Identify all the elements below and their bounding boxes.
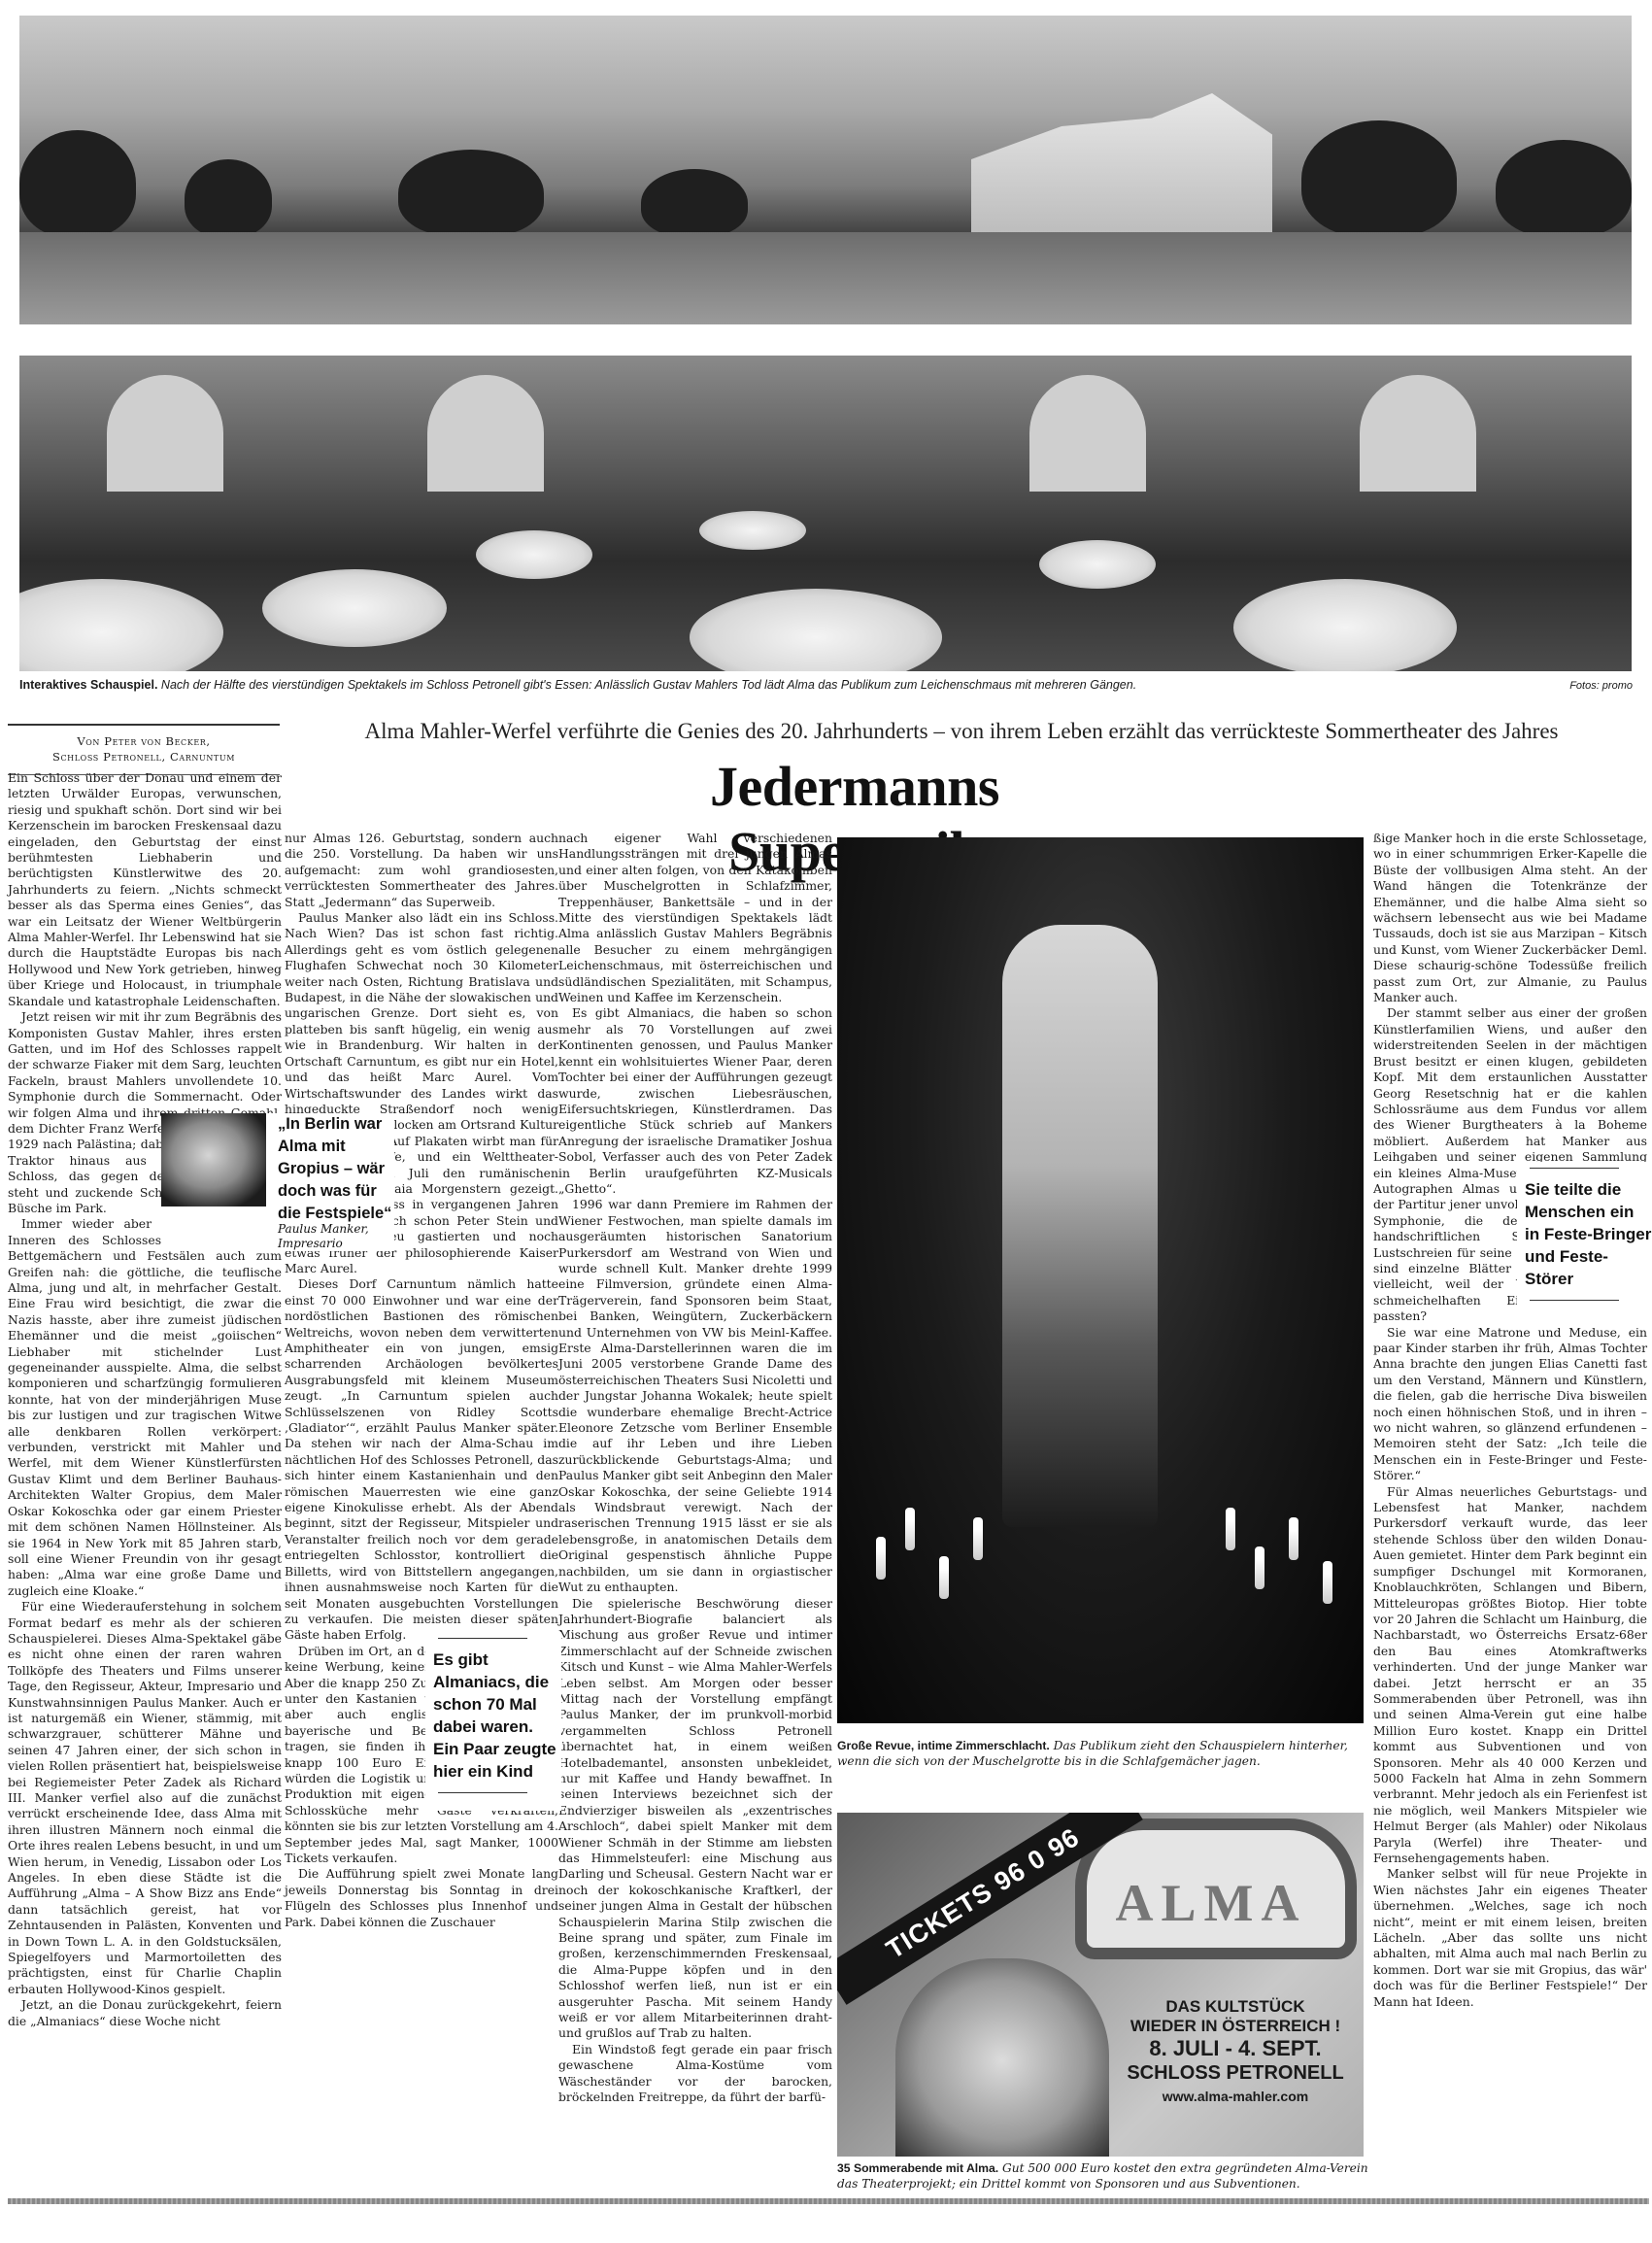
tree-shape: [19, 130, 136, 237]
banquet-hall-panorama-photo: [19, 356, 1632, 671]
byline-author: Von Peter von Becker,: [8, 733, 280, 749]
paragraph: Die Aufführung spielt zwei Monate lang j…: [285, 1866, 558, 1930]
ad-portrait-photo: [895, 1958, 1109, 2157]
paragraph: Dieses Dorf Carnuntum nämlich hatte eins…: [285, 1276, 558, 1643]
dining-table: [19, 579, 223, 671]
paragraph: nach eigener Wahl verschiedenen Handlung…: [558, 831, 832, 1005]
tree-shape: [1496, 140, 1632, 237]
byline-location: Schloss Petronell, Carnuntum: [8, 749, 280, 765]
paragraph: Manker selbst will für neue Projekte in …: [1373, 1866, 1647, 2010]
caption-lead: 35 Sommerabende mit Alma.: [837, 2161, 998, 2175]
pull-quote-feste: Sie teilte die Menschen ein in Feste-Bri…: [1517, 1162, 1652, 1318]
paragraph: Für eine Wiederauferstehung in solchem F…: [8, 1599, 282, 1997]
photo-caption: Interaktives Schauspiel. Nach der Hälfte…: [19, 678, 1632, 696]
ad-copy: DAS KULTSTÜCK WIEDER IN ÖSTERREICH ! 8. …: [1119, 1997, 1352, 2106]
arch-shape: [427, 375, 544, 492]
tree-shape: [398, 150, 544, 237]
ad-url-link[interactable]: www.alma-mahler.com: [1119, 2087, 1352, 2106]
performer-figure: [1002, 925, 1158, 1527]
article-column-3: nach eigener Wahl verschiedenen Handlung…: [558, 831, 832, 2106]
portrait-photo-paulus-manker: [161, 1113, 266, 1206]
arch-shape: [1360, 375, 1476, 492]
castle-panorama-photo: [19, 16, 1632, 324]
candle: [973, 1517, 983, 1560]
ad-title: ALMA: [1109, 1873, 1313, 1933]
paragraph: Jetzt, an die Donau zurückgekehrt, feier…: [8, 1997, 282, 2029]
pull-quote-text: „In Berlin war Alma mit Gropius – wär do…: [278, 1113, 399, 1225]
candle: [1289, 1517, 1298, 1560]
ad-dates: 8. JULI - 4. SEPT.: [1119, 2036, 1352, 2061]
tree-shape: [1301, 120, 1457, 237]
revue-performer-photo: [837, 837, 1364, 1723]
pull-quote-attribution: Paulus Manker, Impresario: [278, 1222, 369, 1251]
candle: [1323, 1561, 1332, 1604]
paragraph: Sie war eine Matrone und Meduse, ein paa…: [1373, 1325, 1647, 1484]
divider: [438, 1638, 527, 1639]
ad-venue: SCHLOSS PETRONELL: [1119, 2061, 1352, 2085]
dining-table: [262, 569, 447, 647]
pull-quote-text: Es gibt Almaniacs, die schon 70 Mal dabe…: [433, 1648, 561, 1783]
revue-photo-caption: Große Revue, intime Zimmerschlacht. Das …: [837, 1738, 1381, 1769]
candle: [1226, 1508, 1235, 1550]
paragraph: Ein Windstoß fegt gerade ein paar frisch…: [558, 2042, 832, 2106]
arch-shape: [107, 375, 223, 492]
arch-shape: [1029, 375, 1146, 492]
dining-table: [1233, 579, 1457, 671]
paragraph: Immer wieder aber haben wir sie im Inner…: [8, 1216, 282, 1599]
ad-line-2: WIEDER IN ÖSTERREICH !: [1119, 2017, 1352, 2036]
divider: [1530, 1300, 1619, 1301]
pull-quote-manker: „In Berlin war Alma mit Gropius – wär do…: [161, 1113, 394, 1251]
dining-table: [690, 589, 942, 671]
ad-caption: 35 Sommerabende mit Alma. Gut 500 000 Eu…: [837, 2160, 1381, 2192]
article-kicker: Alma Mahler-Werfel verführte die Genies …: [291, 719, 1632, 744]
candle: [939, 1556, 949, 1599]
divider: [438, 1792, 527, 1793]
byline: Von Peter von Becker, Schloss Petronell,…: [8, 724, 280, 775]
lawn: [19, 232, 1632, 324]
caption-lead: Interaktives Schauspiel.: [19, 678, 157, 692]
paragraph: 1996 war dann Premiere im Rahmen der Wie…: [558, 1197, 832, 1595]
alma-advertisement: ALMA TICKETS 96 0 96 DAS KULTSTÜCK WIEDE…: [837, 1813, 1364, 2157]
paragraph: Ein Schloss über der Donau und einem der…: [8, 770, 282, 1009]
paragraph: ßige Manker hoch in die erste Schlosseta…: [1373, 831, 1647, 1005]
dining-table: [699, 511, 806, 550]
tree-shape: [641, 169, 748, 237]
photo-credit: Fotos: promo: [1569, 680, 1633, 692]
dining-table: [476, 530, 592, 579]
candle: [876, 1537, 886, 1580]
paragraph: Die spielerische Beschwörung dieser Jahr…: [558, 1596, 832, 2042]
article-column-4: ßige Manker hoch in die erste Schlosseta…: [1373, 831, 1647, 2010]
caption-lead: Große Revue, intime Zimmerschlacht.: [837, 1739, 1050, 1752]
caption-text: Nach der Hälfte des vierstündigen Spekta…: [161, 678, 1136, 692]
pull-quote-text: Sie teilte die Menschen ein in Feste-Bri…: [1525, 1178, 1652, 1290]
page-bottom-rule: [8, 2198, 1649, 2204]
attribution-name: Paulus Manker,: [278, 1222, 369, 1237]
paragraph: Für Almas neuerliches Geburtstags- und L…: [1373, 1484, 1647, 1867]
article-column-1: Ein Schloss über der Donau und einem der…: [8, 770, 282, 2029]
candle: [905, 1508, 915, 1550]
candle: [1255, 1546, 1264, 1589]
paragraph: nur Almas 126. Geburtstag, sondern auch …: [285, 831, 558, 910]
dining-table: [1039, 540, 1156, 589]
pull-quote-almaniacs: Es gibt Almaniacs, die schon 70 Mal dabe…: [425, 1632, 561, 1811]
attribution-role: Impresario: [278, 1237, 369, 1251]
divider: [1530, 1168, 1619, 1169]
ad-line-1: DAS KULTSTÜCK: [1119, 1997, 1352, 2017]
tree-shape: [185, 159, 272, 237]
paragraph: Es gibt Almaniacs, die haben so schon me…: [558, 1005, 832, 1197]
